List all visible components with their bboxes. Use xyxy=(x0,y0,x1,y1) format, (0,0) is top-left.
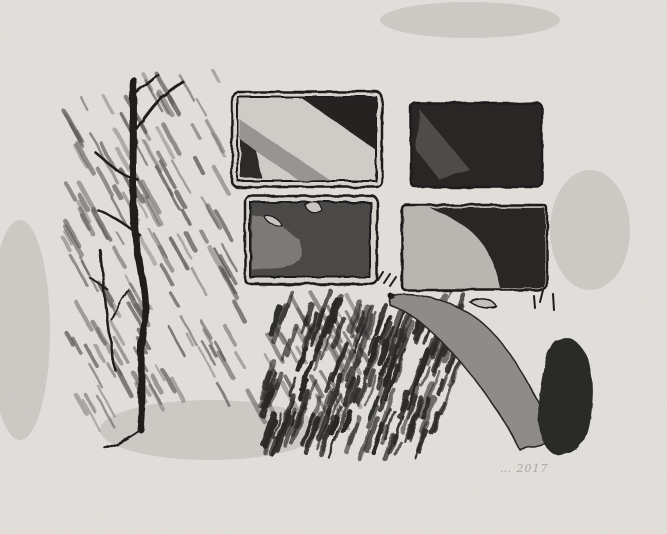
drawing-canvas xyxy=(0,0,667,534)
artist-signature: … 2017 xyxy=(500,462,549,475)
window-top-right xyxy=(411,103,542,187)
window-top-left xyxy=(232,92,382,187)
window-bottom-left xyxy=(245,196,377,284)
window-bottom-right xyxy=(402,205,547,290)
artwork-drawing: … 2017 xyxy=(0,0,667,534)
